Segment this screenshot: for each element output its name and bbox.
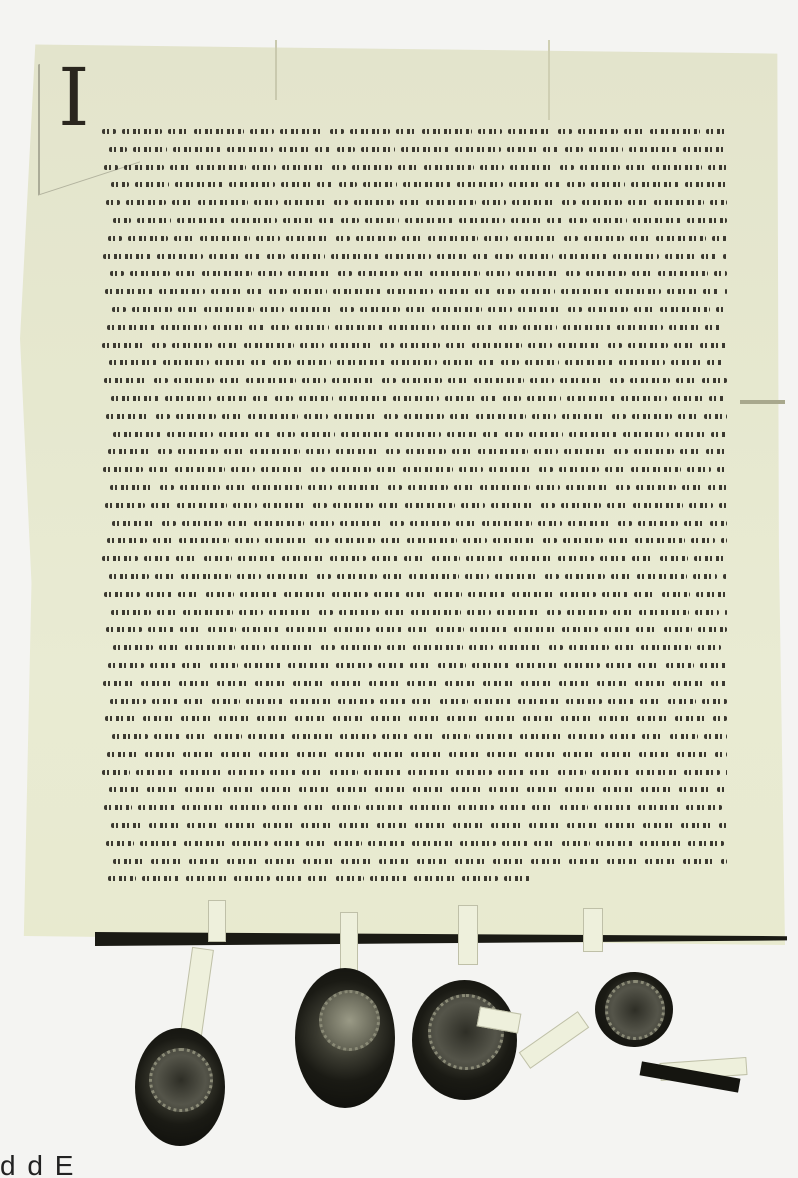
wax-seal-1 — [135, 1028, 225, 1146]
manuscript-line — [102, 659, 732, 673]
fold-line — [548, 40, 550, 120]
wax-seal-2 — [295, 968, 395, 1108]
manuscript-line — [102, 837, 732, 851]
manuscript-line — [102, 339, 732, 353]
manuscript-line — [102, 214, 732, 228]
manuscript-line — [102, 783, 732, 797]
manuscript-line — [102, 872, 732, 886]
manuscript-line — [102, 588, 732, 602]
manuscript-line — [102, 463, 732, 477]
manuscript-line — [102, 410, 732, 424]
manuscript-line — [102, 125, 732, 139]
manuscript-line — [102, 712, 732, 726]
manuscript-line — [102, 481, 732, 495]
fold-line — [740, 400, 785, 404]
seal-strap — [208, 900, 226, 942]
wax-seal-4 — [595, 972, 673, 1047]
manuscript-line — [102, 321, 732, 335]
manuscript-line — [102, 748, 732, 762]
manuscript-line — [102, 161, 732, 175]
manuscript-line — [102, 730, 732, 744]
manuscript-line — [102, 196, 732, 210]
manuscript-line — [102, 641, 732, 655]
manuscript-line — [102, 801, 732, 815]
seal-strap — [180, 947, 214, 1036]
caption-fragment: d d E — [0, 1150, 75, 1178]
manuscript-line — [102, 374, 732, 388]
initial-letter: I — [58, 58, 90, 138]
manuscript-line — [102, 623, 732, 637]
manuscript-line — [102, 677, 732, 691]
manuscript-line — [102, 356, 732, 370]
manuscript-line — [102, 499, 732, 513]
manuscript-line — [102, 552, 732, 566]
seal-strap — [583, 908, 603, 952]
manuscript-line — [102, 517, 732, 531]
manuscript-line — [102, 819, 732, 833]
manuscript-line — [102, 285, 732, 299]
seal-strap — [519, 1011, 589, 1069]
manuscript-line — [102, 570, 732, 584]
manuscript-line — [102, 303, 732, 317]
manuscript-text-block — [102, 125, 732, 900]
manuscript-line — [102, 695, 732, 709]
seal-strap — [458, 905, 478, 965]
manuscript-line — [102, 534, 732, 548]
manuscript-line — [102, 855, 732, 869]
manuscript-line — [102, 445, 732, 459]
manuscript-line — [102, 232, 732, 246]
manuscript-line — [102, 766, 732, 780]
manuscript-line — [102, 606, 732, 620]
manuscript-line — [102, 428, 732, 442]
manuscript-line — [102, 143, 732, 157]
manuscript-line — [102, 267, 732, 281]
fold-line — [275, 40, 277, 100]
seal-strap — [340, 912, 358, 976]
wax-seal-3 — [412, 980, 517, 1100]
manuscript-line — [102, 392, 732, 406]
manuscript-line — [102, 250, 732, 264]
manuscript-line — [102, 178, 732, 192]
